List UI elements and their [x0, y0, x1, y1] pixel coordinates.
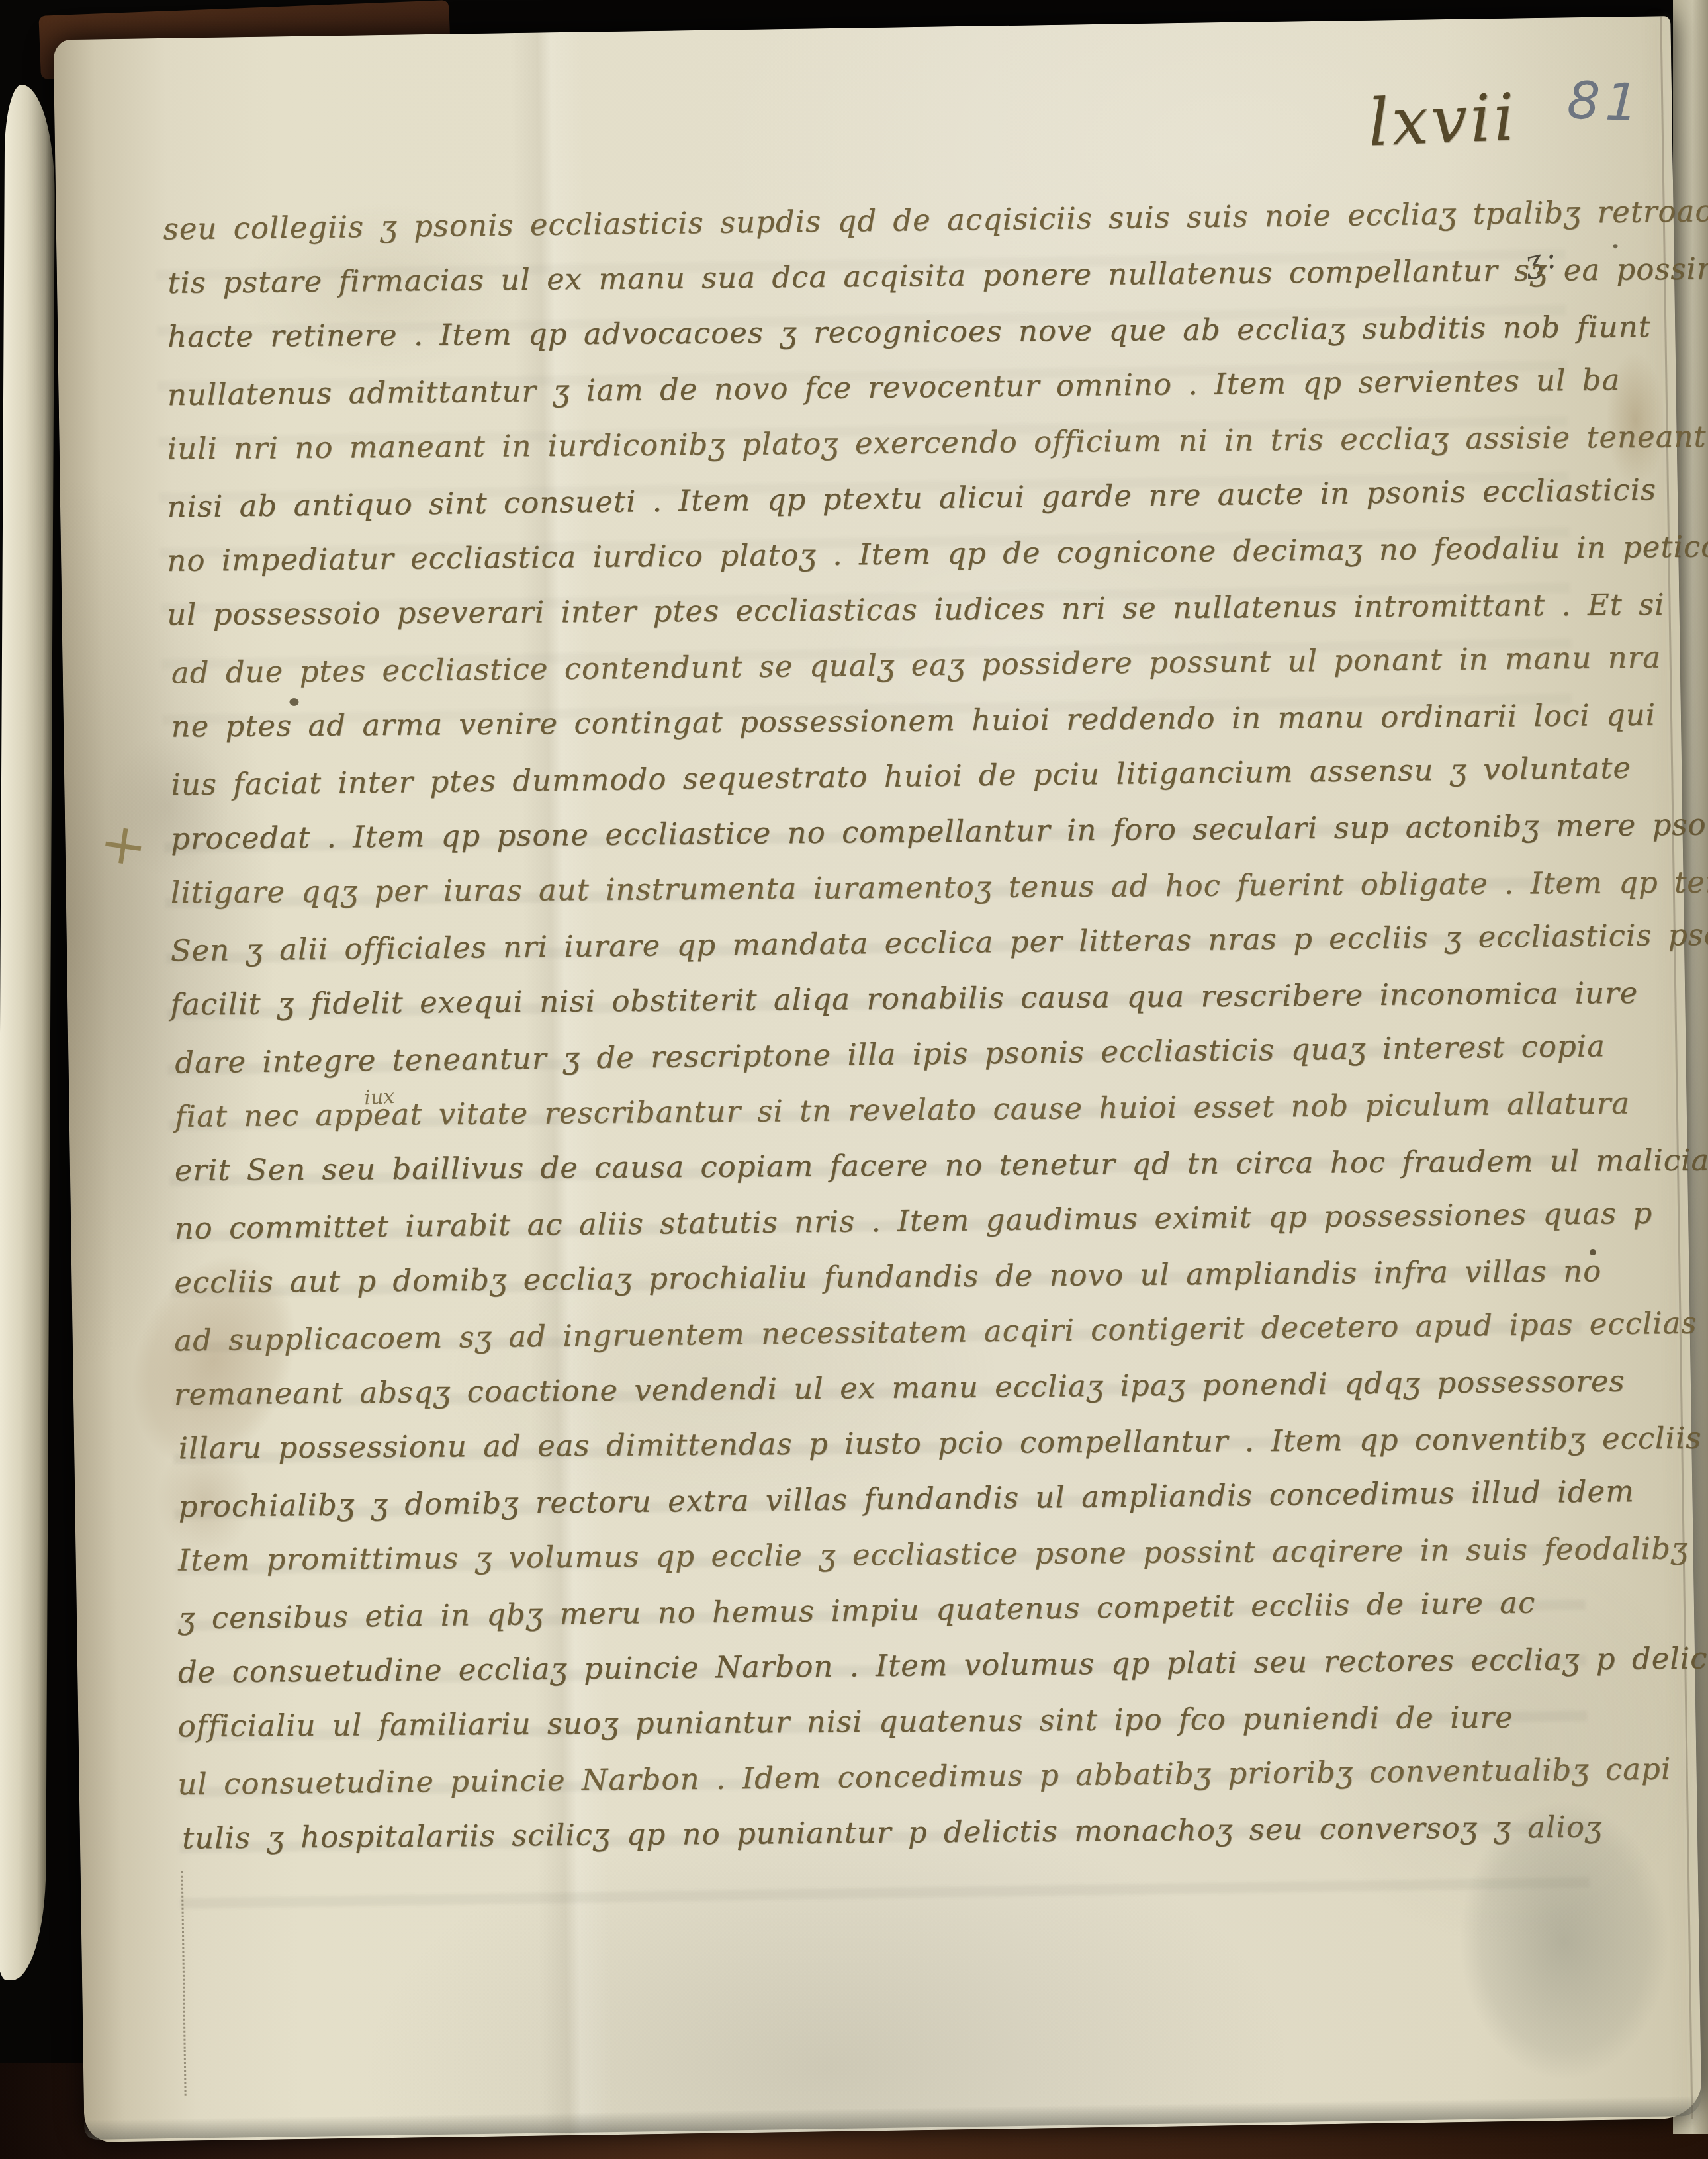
text-block: seu collegiis ʒ psonis eccliasticis supd…	[165, 187, 1576, 1867]
parchment-page: lxvii 81 ʒ: + iux seu collegiis ʒ psonis…	[54, 16, 1702, 2142]
manuscript-photo: lxvii 81 ʒ: + iux seu collegiis ʒ psonis…	[0, 0, 1708, 2159]
folio-number: 81	[1566, 71, 1645, 133]
margin-cross-mark: +	[95, 809, 152, 881]
chapter-numeral: lxvii	[1367, 80, 1518, 161]
ink-speck	[1613, 244, 1617, 248]
manuscript-line: tulis ʒ hospitalariis scilicʒ qp no puni…	[182, 1800, 1579, 1867]
facing-page-edge	[0, 85, 56, 1980]
